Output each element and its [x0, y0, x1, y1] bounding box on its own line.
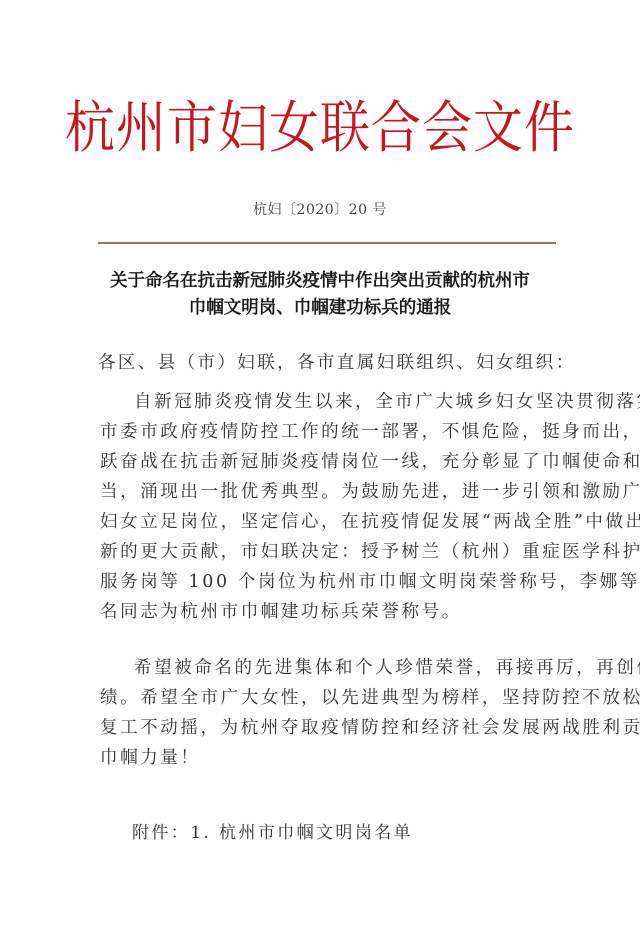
paragraph-2: 希望被命名的先进集体和个人珍惜荣誉，再接再厉，再创佳 绩。希望全市广大女性，以先…	[100, 653, 556, 773]
attachment-list-item: 附件：1. 杭州市巾帼文明岗名单	[132, 819, 413, 847]
paragraph-line: 妇女立足岗位，坚定信心，在抗疫情促发展“两战全胜”中做出	[100, 507, 556, 537]
paragraph-line: 绩。希望全市广大女性，以先进典型为榜样，坚持防控不放松，	[100, 683, 556, 713]
document-header-title: 杭州市妇女联合会文件	[0, 88, 640, 169]
paragraph-line: 跃奋战在抗击新冠肺炎疫情岗位一线，充分彰显了巾帼使命和担	[100, 447, 556, 477]
paragraph-1: 自新冠肺炎疫情发生以来，全市广大城乡妇女坚决贯彻落实 市委市政府疫情防控工作的统…	[100, 387, 556, 627]
document-number: 杭妇〔2020〕20 号	[0, 198, 640, 222]
paragraph-line: 新的更大贡献，市妇联决定：授予树兰（杭州）重症医学科护理	[100, 537, 556, 567]
subject-line: 巾帼文明岗、巾帼建功标兵的通报	[0, 295, 640, 322]
paragraph-line: 当，涌现出一批优秀典型。为鼓励先进，进一步引领和激励广大	[100, 477, 556, 507]
paragraph-line: 复工不动摇，为杭州夺取疫情防控和经济社会发展两战胜利贡献	[100, 713, 556, 743]
header-divider	[98, 242, 556, 244]
subject-line: 关于命名在抗击新冠肺炎疫情中作出突出贡献的杭州市	[0, 268, 640, 295]
salutation: 各区、县（市）妇联，各市直属妇联组织、妇女组织：	[98, 349, 576, 377]
paragraph-line: 名同志为杭州市巾帼建功标兵荣誉称号。	[100, 597, 556, 627]
paragraph-line: 希望被命名的先进集体和个人珍惜荣誉，再接再厉，再创佳	[100, 653, 556, 683]
paragraph-line: 服务岗等 100 个岗位为杭州市巾帼文明岗荣誉称号，李娜等 100	[100, 567, 556, 597]
document-subject: 关于命名在抗击新冠肺炎疫情中作出突出贡献的杭州市 巾帼文明岗、巾帼建功标兵的通报	[0, 268, 640, 322]
paragraph-line: 自新冠肺炎疫情发生以来，全市广大城乡妇女坚决贯彻落实	[100, 387, 556, 417]
paragraph-line: 市委市政府疫情防控工作的统一部署，不惧危险，挺身而出，踊	[100, 417, 556, 447]
paragraph-line: 巾帼力量！	[100, 743, 556, 773]
